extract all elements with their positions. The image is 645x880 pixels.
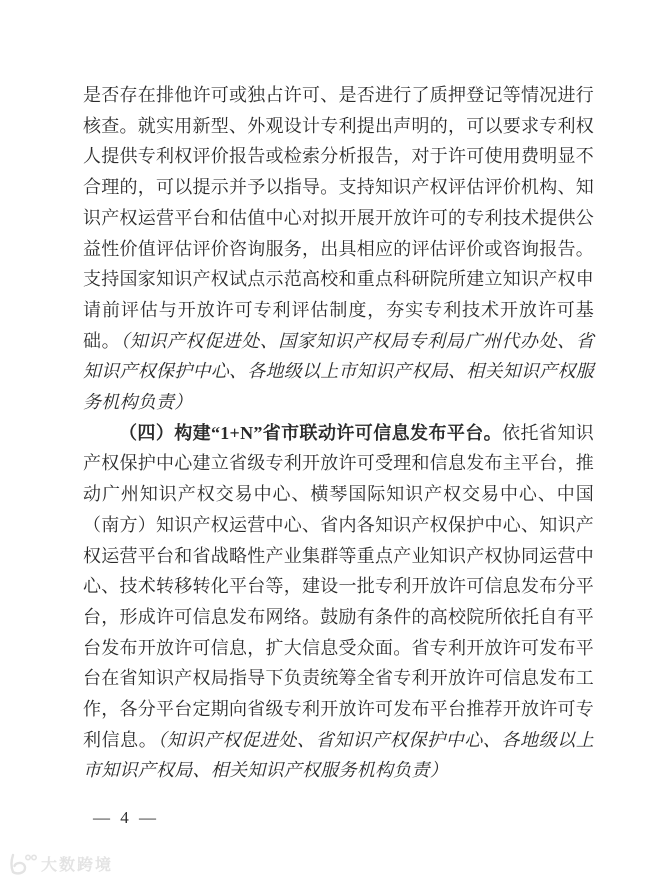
paragraph-continuation: 是否存在排他许可或独占许可、是否进行了质押登记等情况进行核查。就实用新型、外观设… bbox=[83, 80, 594, 418]
watermark-text: 大数跨境 bbox=[41, 852, 113, 875]
watermark: 大数跨境 bbox=[9, 852, 113, 875]
paragraph-section-4: （四）构建“1+N”省市联动许可信息发布平台。依托省知识产权保护中心建立省级专利… bbox=[83, 418, 594, 786]
document-body: 是否存在排他许可或独占许可、是否进行了质押登记等情况进行核查。就实用新型、外观设… bbox=[83, 80, 594, 786]
paragraph-text: 依托省知识产权保护中心建立省级专利开放许可受理和信息发布主平台，推动广州知识产权… bbox=[83, 423, 594, 750]
page-number: — 4 — bbox=[93, 806, 159, 830]
responsibility-note: （知识产权促进处、省知识产权保护中心、各地级以上市知识产权局、相关知识产权服务机… bbox=[83, 730, 594, 781]
responsibility-note: （知识产权促进处、国家知识产权局专利局广州代办处、省知识产权保护中心、各地级以上… bbox=[83, 331, 594, 412]
watermark-logo-icon bbox=[9, 853, 37, 875]
section-heading: （四）构建“1+N”省市联动许可信息发布平台。 bbox=[119, 423, 502, 443]
document-page: 是否存在排他许可或独占许可、是否进行了质押登记等情况进行核查。就实用新型、外观设… bbox=[0, 0, 645, 880]
paragraph-text: 是否存在排他许可或独占许可、是否进行了质押登记等情况进行核查。就实用新型、外观设… bbox=[83, 85, 594, 351]
